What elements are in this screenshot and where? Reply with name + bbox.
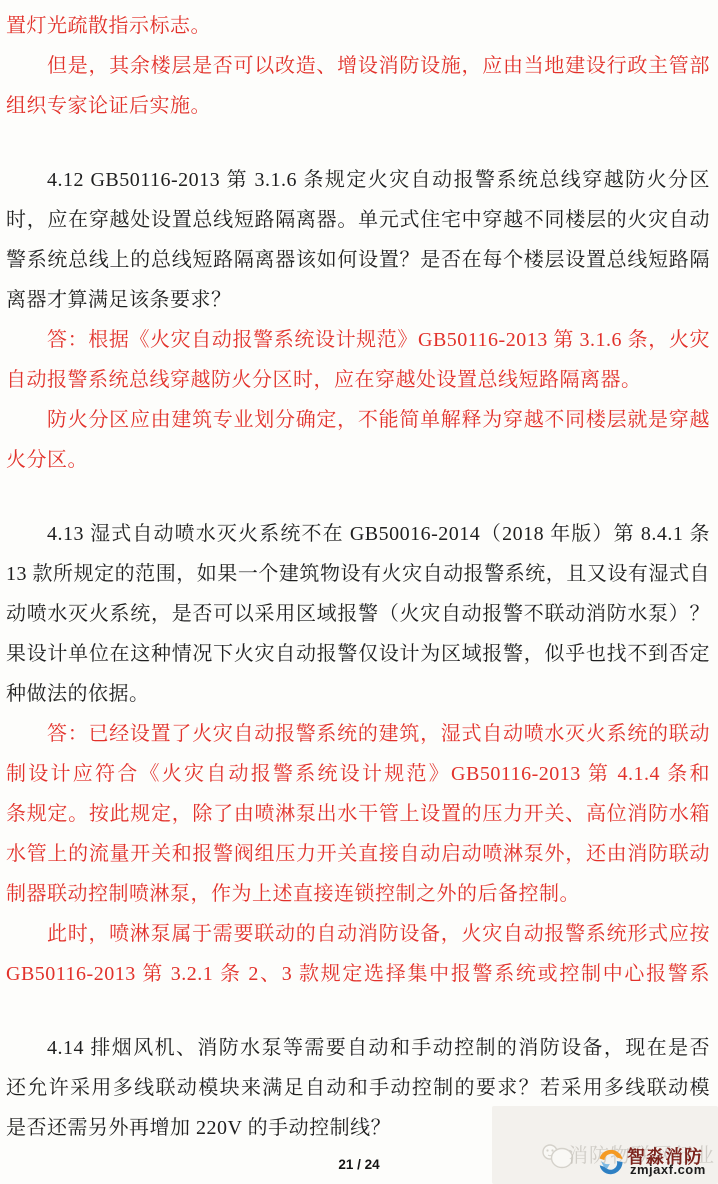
text-line: 防火分区应由建筑专业划分确定，不能简单解释为穿越不同楼层就是穿越防	[6, 400, 710, 440]
text-line: 4.12 GB50116-2013 第 3.1.6 条规定火灾自动报警系统总线穿…	[6, 160, 710, 200]
text-line: 4.14 排烟风机、消防水泵等需要自动和手动控制的消防设备，现在是否	[6, 1028, 710, 1068]
text-line: 自动报警系统总线穿越防火分区时，应在穿越处设置总线短路隔离器。	[6, 360, 710, 400]
text-line: 水管上的流量开关和报警阀组压力开关直接自动启动喷淋泵外，还由消防联动控	[6, 834, 710, 874]
paragraph-answer-4-12: 答：根据《火灾自动报警系统设计规范》GB50116-2013 第 3.1.6 条…	[6, 320, 710, 480]
paragraph-answer-tail-previous: 置灯光疏散指示标志。但是，其余楼层是否可以改造、增设消防设施，应由当地建设行政主…	[6, 6, 710, 126]
document-body: 置灯光疏散指示标志。但是，其余楼层是否可以改造、增设消防设施，应由当地建设行政主…	[6, 6, 710, 1148]
text-line: 答：根据《火灾自动报警系统设计规范》GB50116-2013 第 3.1.6 条…	[6, 320, 710, 360]
text-line: 此时，喷淋泵属于需要联动的自动消防设备，火灾自动报警系统形式应按	[6, 914, 710, 954]
text-line: 种做法的依据。	[6, 674, 710, 714]
text-line: 4.13 湿式自动喷水灭火系统不在 GB50016-2014（2018 年版）第…	[6, 514, 710, 554]
text-line: 果设计单位在这种情况下火灾自动报警仅设计为区域报警，似乎也找不到否定这	[6, 634, 710, 674]
text-line: 但是，其余楼层是否可以改造、增设消防设施，应由当地建设行政主管部门	[6, 46, 710, 86]
text-line: 动喷水灭火系统，是否可以采用区域报警（火灾自动报警不联动消防水泵）？如	[6, 594, 710, 634]
zhimiao-logo-icon	[596, 1147, 626, 1182]
paragraph-question-4-13: 4.13 湿式自动喷水灭火系统不在 GB50016-2014（2018 年版）第…	[6, 514, 710, 714]
text-line: 火分区。	[6, 440, 710, 480]
text-line: GB50116-2013 第 3.2.1 条 2、3 款规定选择集中报警系统或控…	[6, 954, 710, 994]
paragraph-answer-4-13: 答：已经设置了火灾自动报警系统的建筑，湿式自动喷水灭火系统的联动控制设计应符合《…	[6, 714, 710, 994]
text-line: 置灯光疏散指示标志。	[6, 6, 710, 46]
paragraph-question-4-12: 4.12 GB50116-2013 第 3.1.6 条规定火灾自动报警系统总线穿…	[6, 160, 710, 320]
text-line: 组织专家论证后实施。	[6, 86, 710, 126]
text-line: 还允许采用多线联动模块来满足自动和手动控制的要求？若采用多线联动模块，	[6, 1068, 710, 1108]
watermark-brand-url: zmjaxf.com	[630, 1162, 706, 1177]
text-line: 条规定。按此规定，除了由喷淋泵出水干管上设置的压力开关、高位消防水箱出	[6, 794, 710, 834]
text-line: 制器联动控制喷淋泵，作为上述直接连锁控制之外的后备控制。	[6, 874, 710, 914]
text-line: 制设计应符合《火灾自动报警系统设计规范》GB50116-2013 第 4.1.4…	[6, 754, 710, 794]
text-line: 13 款所规定的范围，如果一个建筑物设有火灾自动报警系统，且又设有湿式自	[6, 554, 710, 594]
text-line: 离器才算满足该条要求？	[6, 280, 710, 320]
text-line: 答：已经设置了火灾自动报警系统的建筑，湿式自动喷水灭火系统的联动控	[6, 714, 710, 754]
text-line: 时，应在穿越处设置总线短路隔离器。单元式住宅中穿越不同楼层的火灾自动报	[6, 200, 710, 240]
text-line: 警系统总线上的总线短路隔离器该如何设置？是否在每个楼层设置总线短路隔	[6, 240, 710, 280]
